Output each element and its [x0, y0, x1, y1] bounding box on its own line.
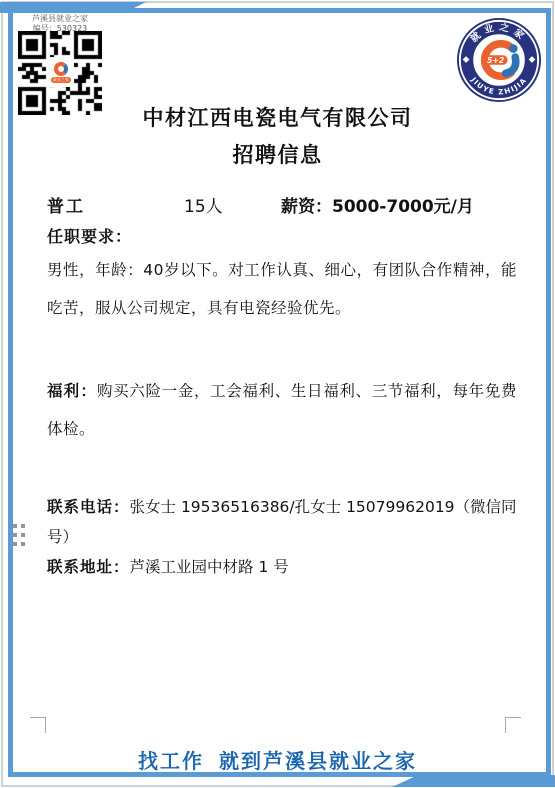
welfare-label: 福利：	[47, 382, 97, 400]
qr-logo-label: 就业之家	[51, 77, 71, 83]
title-recruit-info: 招聘信息	[40, 137, 515, 174]
contact-phone-line: 联系电话：张女士 19536516386/孔女士 15079962019（微信同…	[47, 492, 527, 552]
text-boundary-mark-right	[505, 717, 521, 733]
drag-dot	[21, 542, 25, 546]
drag-dot	[13, 524, 17, 528]
contact-block: 联系电话：张女士 19536516386/孔女士 15079962019（微信同…	[47, 492, 527, 582]
qr-caption-line1: 芦溪县就业之家	[8, 14, 112, 24]
text-boundary-mark-left	[30, 717, 46, 733]
job-salary: 薪资：5000-7000元/月	[281, 192, 474, 217]
jiuye-zhijia-logo: 就业之家 JIUYE ZHIJIA 5+2	[457, 18, 541, 102]
job-headcount: 15人	[184, 192, 223, 217]
recruitment-poster: { "qr": { "caption_line1": "芦溪县就业之家", "c…	[0, 0, 555, 788]
company-name: 中材江西电瓷电气有限公司	[40, 100, 515, 137]
drag-dot	[21, 524, 25, 528]
top-ribbon-decoration	[0, 2, 146, 13]
requirements-text: 男性，年龄：40岁以下。对工作认真、细心，有团队合作精神，能吃苦，服从公司规定，…	[47, 251, 517, 327]
svg-text:5+2: 5+2	[487, 56, 504, 65]
job-position: 普工	[47, 192, 85, 217]
drag-dot	[21, 533, 25, 537]
welfare-text: 购买六险一金，工会福利、生日福利、三节福利，每年免费体检。	[47, 382, 517, 438]
drag-handle[interactable]	[13, 524, 25, 547]
qr-center-logo: 就业之家	[48, 57, 74, 87]
contact-address-value: 芦溪工业园中材路 1 号	[130, 558, 289, 576]
contact-address-line: 联系地址：芦溪工业园中材路 1 号	[47, 552, 527, 582]
drag-dot	[13, 533, 17, 537]
poster-title: 中材江西电瓷电气有限公司 招聘信息	[40, 100, 515, 174]
requirements-label: 任职要求：	[47, 224, 132, 247]
contact-phone-label: 联系电话：	[47, 498, 130, 516]
logo-badge-icon: 就业之家 JIUYE ZHIJIA 5+2	[457, 18, 541, 102]
welfare-paragraph: 福利：购买六险一金，工会福利、生日福利、三节福利，每年免费体检。	[47, 372, 517, 448]
contact-address-label: 联系地址：	[47, 558, 130, 576]
bottom-ribbon-decoration	[392, 775, 555, 787]
qr-logo-g-icon	[54, 62, 68, 76]
drag-dot	[13, 542, 17, 546]
job-summary-row: 普工 15人 薪资：5000-7000元/月	[0, 192, 555, 216]
footer-slogan: 找工作 就到芦溪县就业之家	[0, 745, 555, 774]
